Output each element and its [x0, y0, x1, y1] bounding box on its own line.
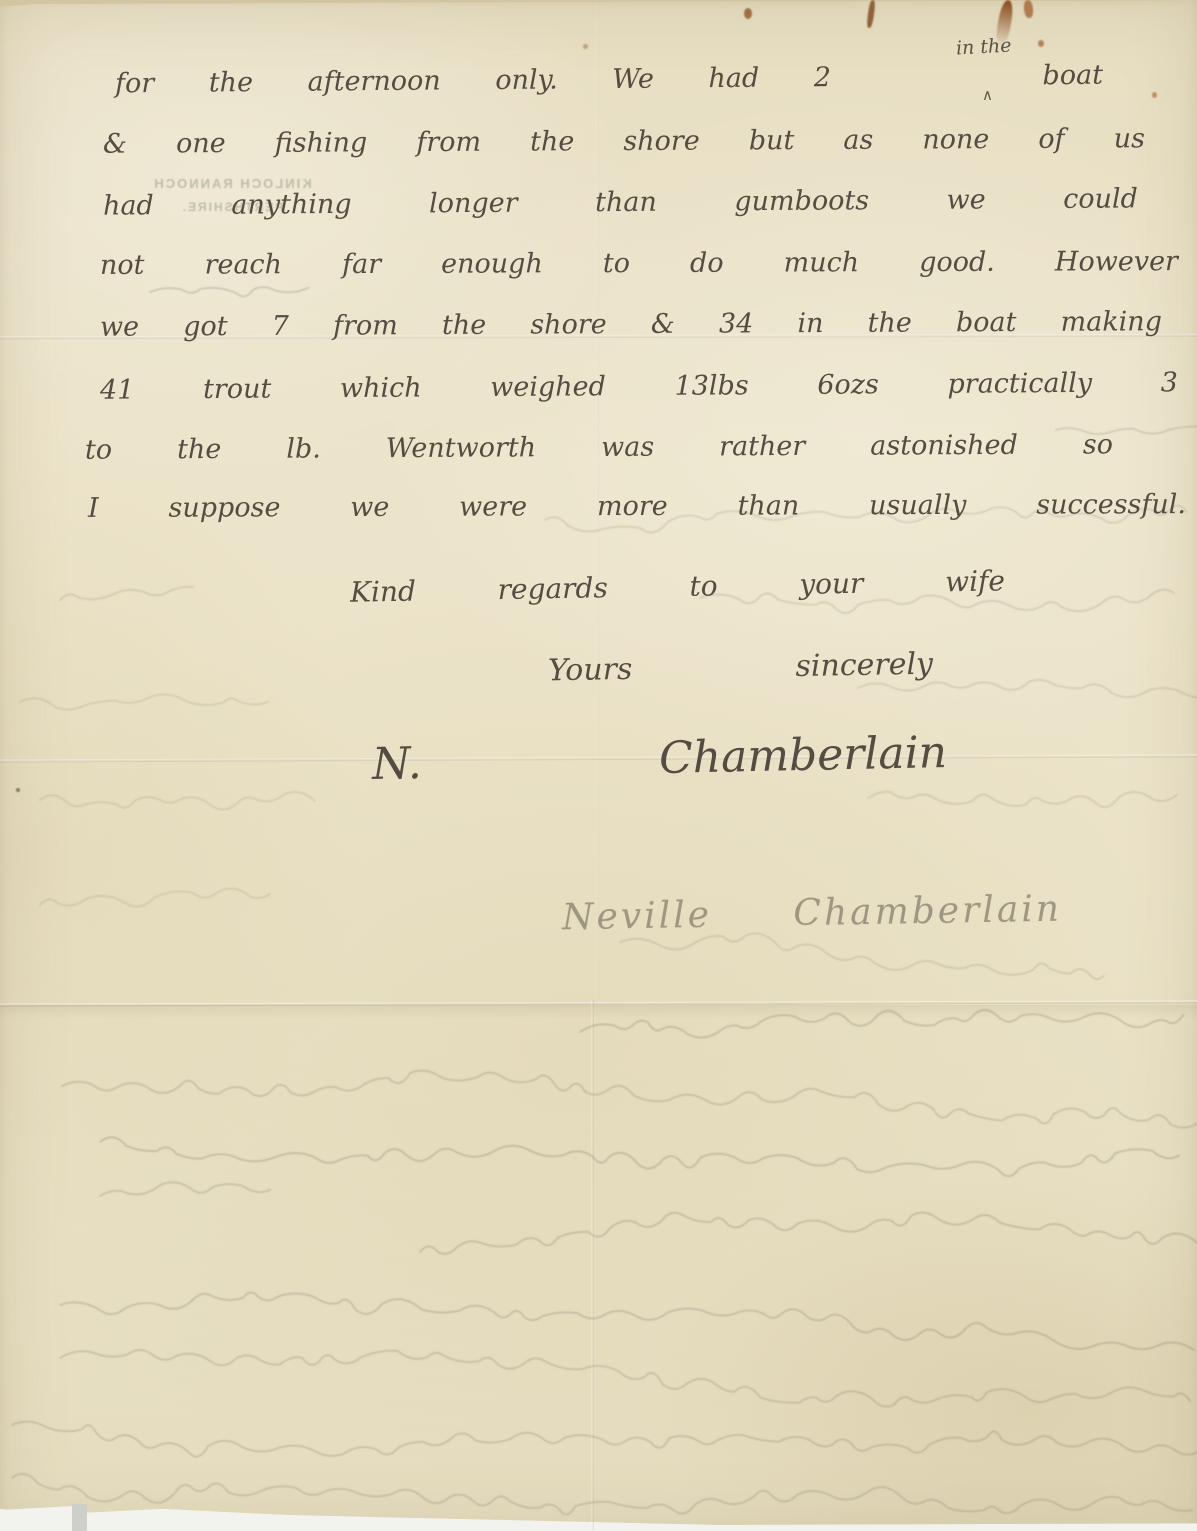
handwritten-line-5: wegot7fromtheshore&34intheboatmaking: [100, 306, 1162, 343]
scanned-letter-image: KINLOCH RANNOCH PERTHSHIRE. for the afte…: [0, 0, 1197, 1531]
rust-stain-5: [1038, 40, 1044, 47]
scanner-background-sliver: [72, 1504, 87, 1531]
ink-speck: [16, 788, 20, 792]
foxing-dot-2: [1152, 92, 1157, 98]
handwritten-line-7: tothelb.Wentworthwasratherastonishedso: [85, 429, 1113, 465]
handwritten-line-4: notreachfarenoughtodomuchgood.However: [100, 246, 1178, 281]
rust-stain-1: [744, 8, 752, 19]
line1-before-insertion: for the afternoon only. We had 2: [115, 62, 831, 99]
foxing-dot-1: [583, 44, 588, 49]
pencil-annotation-name: NevilleChamberlain: [562, 889, 1063, 939]
closing-sincerely-line: Yourssincerely: [548, 647, 934, 689]
interline-insertion: in the: [955, 35, 1012, 60]
line1-after-insertion: boat: [1042, 60, 1103, 92]
handwritten-line-8: Isupposeweweremorethanusuallysuccessful.: [88, 489, 1186, 524]
fold-crease-vertical-lower: [591, 1000, 594, 1531]
fold-crease-shadow: [0, 1005, 1197, 1019]
handwritten-line-2: &onefishingfromtheshorebutasnoneofus: [103, 123, 1145, 159]
insertion-caret-mark: ∧: [982, 86, 993, 104]
